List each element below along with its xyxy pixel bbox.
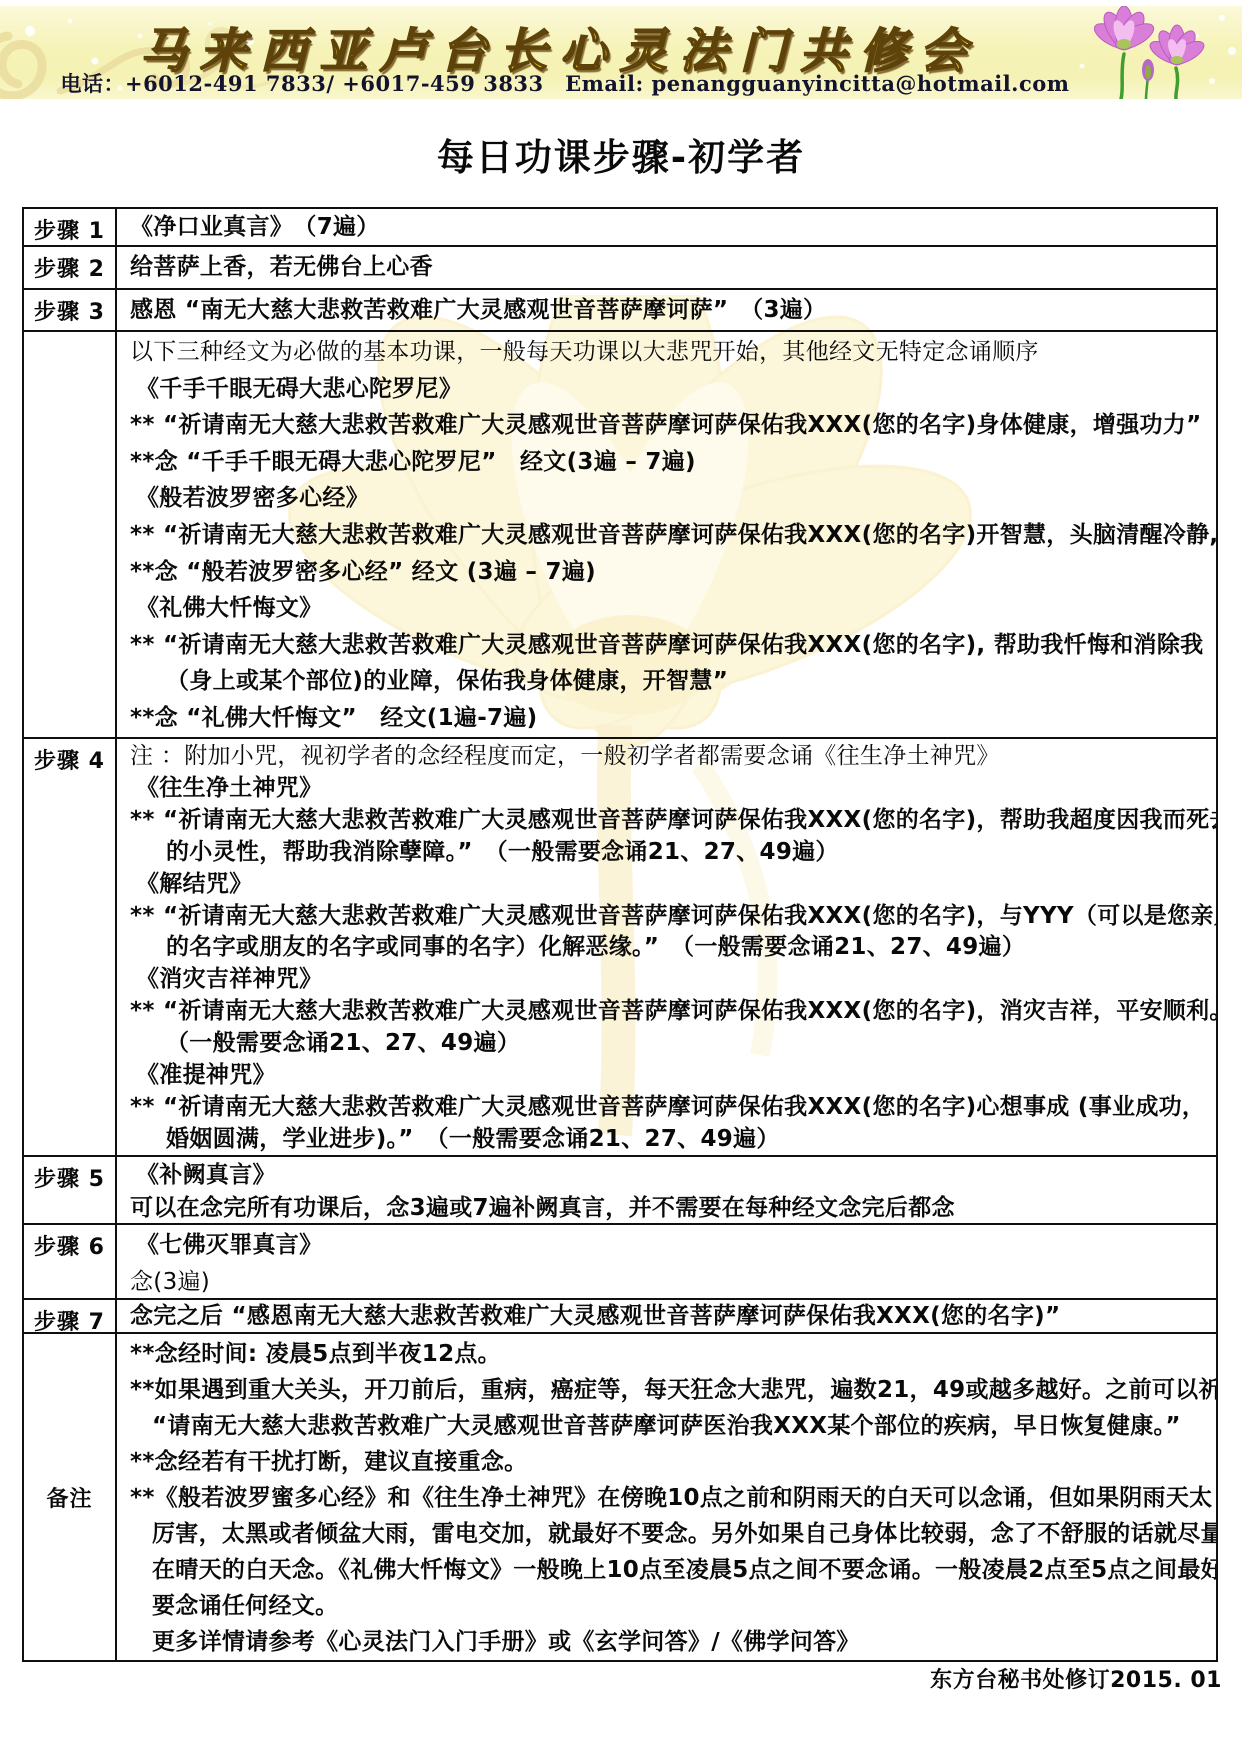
table-row-notes: 备注 **念经时间: 凌晨5点到半夜12点。 **如果遇到重大关头，开刀前后，重… xyxy=(24,1334,1216,1660)
table-row-basic-sutras: 以下三种经文为必做的基本功课，一般每天功课以大悲咒开始，其他经文无特定念诵顺序 … xyxy=(24,332,1216,739)
content-line: **念 “般若波罗密多心经” 经文 (3遍 – 7遍) xyxy=(130,554,1210,591)
content-line: ** “祈请南无大慈大悲救苦救难广大灵感观世音菩萨摩诃萨保佑我XXX(您的名字)… xyxy=(130,1092,1210,1124)
table-row-step1: 步骤 1 《净口业真言》 （7遍） xyxy=(24,209,1216,247)
content-line: 厉害，太黑或者倾盆大雨，雷电交加，就最好不要念。另外如果自己身体比较弱，念了不舒… xyxy=(130,1516,1210,1552)
content-line: 《净口业真言》 （7遍） xyxy=(130,210,380,244)
content-line: 在晴天的白天念。《礼佛大忏悔文》一般晚上10点至凌晨5点之间不要念诵。一般凌晨2… xyxy=(130,1552,1210,1588)
revision-note: 东方台秘书处修订2015. 01 xyxy=(930,1663,1222,1694)
step-label xyxy=(24,332,117,737)
content-line: 《解结咒》 xyxy=(130,869,1210,901)
content-line: （一般需要念诵21、27、49遍） xyxy=(130,1028,1210,1060)
content-line: 感恩 “南无大慈大悲救苦救难广大灵感观世音菩萨摩诃萨” （3遍） xyxy=(130,291,826,329)
content-line: 《般若波罗密多心经》 xyxy=(130,480,1210,517)
step-label: 步骤 7 xyxy=(24,1300,117,1332)
table-row-step7: 步骤 7 念完之后 “感恩南无大慈大悲救苦救难广大灵感观世音菩萨摩诃萨保佑我XX… xyxy=(24,1300,1216,1334)
row-content: 给菩萨上香，若无佛台上心香 xyxy=(117,247,1216,288)
row-content: 感恩 “南无大慈大悲救苦救难广大灵感观世音菩萨摩诃萨” （3遍） xyxy=(117,290,1216,330)
content-line: （身上或某个部位)的业障，保佑我身体健康，开智慧” xyxy=(130,663,1210,700)
course-table: 步骤 1 《净口业真言》 （7遍） 步骤 2 给菩萨上香，若无佛台上心香 步骤 … xyxy=(22,207,1218,1662)
content-line: 念完之后 “感恩南无大慈大悲救苦救难广大灵感观世音菩萨摩诃萨保佑我XXX(您的名… xyxy=(130,1302,1060,1330)
content-line: **念 “千手千眼无碍大悲心陀罗尼” 经文(3遍 – 7遍) xyxy=(130,444,1210,481)
step-label: 步骤 2 xyxy=(24,247,117,288)
header-banner: 马来西亚卢台长心灵法门共修会 电话：+6012-491 7833/ +6017-… xyxy=(0,6,1242,99)
step-label: 步骤 6 xyxy=(24,1225,117,1298)
content-line: **《般若波罗蜜多心经》和《往生净土神咒》在傍晚10点之前和阴雨天的白天可以念诵… xyxy=(130,1480,1210,1516)
row-content: **念经时间: 凌晨5点到半夜12点。 **如果遇到重大关头，开刀前后，重病，癌… xyxy=(117,1334,1216,1660)
content-line: 念(3遍) xyxy=(130,1264,1210,1298)
step-label: 步骤 5 xyxy=(24,1157,117,1223)
table-row-step4: 步骤 4 注 ：附加小咒，视初学者的念经程度而定，一般初学者都需要念诵《往生净土… xyxy=(24,739,1216,1157)
content-line: **念 “礼佛大忏悔文” 经文(1遍-7遍) xyxy=(130,700,1210,737)
content-line: 《七佛灭罪真言》 xyxy=(130,1227,1210,1264)
page-title: 每日功课步骤-初学者 xyxy=(0,127,1242,181)
step-label: 步骤 1 xyxy=(24,209,117,245)
content-line: 《补阙真言》 xyxy=(130,1159,1210,1192)
table-row-step2: 步骤 2 给菩萨上香，若无佛台上心香 xyxy=(24,247,1216,290)
table-row-step5: 步骤 5 《补阙真言》 可以在念完所有功课后，念3遍或7遍补阙真言，并不需要在每… xyxy=(24,1157,1216,1225)
row-content: 念完之后 “感恩南无大慈大悲救苦救难广大灵感观世音菩萨摩诃萨保佑我XXX(您的名… xyxy=(117,1300,1216,1332)
content-line: 可以在念完所有功课后，念3遍或7遍补阙真言，并不需要在每种经文念完后都念 xyxy=(130,1192,1210,1223)
content-line: ** “祈请南无大慈大悲救苦救难广大灵感观世音菩萨摩诃萨保佑我XXX(您的名字)… xyxy=(130,805,1210,837)
content-line: ** “祈请南无大慈大悲救苦救难广大灵感观世音菩萨摩诃萨保佑我XXX(您的名字)… xyxy=(130,996,1210,1028)
content-line: **念经若有干扰打断，建议直接重念。 xyxy=(130,1444,1210,1480)
content-line: 注 ：附加小咒，视初学者的念经程度而定，一般初学者都需要念诵《往生净土神咒》 xyxy=(130,741,1210,773)
content-line: ** “祈请南无大慈大悲救苦救难广大灵感观世音菩萨摩诃萨保佑我XXX(您的名字)… xyxy=(130,517,1210,554)
content-line: 《消灾吉祥神咒》 xyxy=(130,964,1210,996)
content-line: 《礼佛大忏悔文》 xyxy=(130,590,1210,627)
row-content: 《补阙真言》 可以在念完所有功课后，念3遍或7遍补阙真言，并不需要在每种经文念完… xyxy=(117,1157,1216,1223)
content-line: 要念诵任何经文。 xyxy=(130,1588,1210,1624)
step-label: 步骤 3 xyxy=(24,290,117,330)
content-line: 的名字或朋友的名字或同事的名字）化解恶缘。” （一般需要念诵21、27、49遍） xyxy=(130,932,1210,964)
content-line: ** “祈请南无大慈大悲救苦救难广大灵感观世音菩萨摩诃萨保佑我XXX(您的名字)… xyxy=(130,407,1210,444)
row-content: 《净口业真言》 （7遍） xyxy=(117,209,1216,245)
content-line: **如果遇到重大关头，开刀前后，重病，癌症等，每天狂念大悲咒，遍数21，49或越… xyxy=(130,1372,1210,1408)
content-line: 给菩萨上香，若无佛台上心香 xyxy=(130,248,433,287)
step-label: 步骤 4 xyxy=(24,739,117,1155)
row-content: 以下三种经文为必做的基本功课，一般每天功课以大悲咒开始，其他经文无特定念诵顺序 … xyxy=(117,332,1216,737)
content-line: 以下三种经文为必做的基本功课，一般每天功课以大悲咒开始，其他经文无特定念诵顺序 xyxy=(130,334,1210,371)
table-row-step3: 步骤 3 感恩 “南无大慈大悲救苦救难广大灵感观世音菩萨摩诃萨” （3遍） xyxy=(24,290,1216,332)
content-line: 的小灵性，帮助我消除孽障。” （一般需要念诵21、27、49遍） xyxy=(130,837,1210,869)
content-line: ** “祈请南无大慈大悲救苦救难广大灵感观世音菩萨摩诃萨保佑我XXX(您的名字)… xyxy=(130,901,1210,933)
content-line: 《往生净土神咒》 xyxy=(130,773,1210,805)
content-line: **念经时间: 凌晨5点到半夜12点。 xyxy=(130,1336,1210,1372)
content-line: 《准提神咒》 xyxy=(130,1060,1210,1092)
content-line: 《千手千眼无碍大悲心陀罗尼》 xyxy=(130,371,1210,408)
content-line: 更多详情请参考《心灵法门入门手册》或《玄学问答》/《佛学问答》 xyxy=(130,1624,1210,1660)
row-content: 注 ：附加小咒，视初学者的念经程度而定，一般初学者都需要念诵《往生净土神咒》 《… xyxy=(117,739,1216,1155)
row-content: 《七佛灭罪真言》 念(3遍) xyxy=(117,1225,1216,1298)
notes-label: 备注 xyxy=(24,1334,117,1660)
content-line: ** “祈请南无大慈大悲救苦救难广大灵感观世音菩萨摩诃萨保佑我XXX(您的名字)… xyxy=(130,627,1210,664)
content-line: 婚姻圆满，学业进步)。” （一般需要念诵21、27、49遍） xyxy=(130,1124,1210,1155)
content-line: “请南无大慈大悲救苦救难广大灵感观世音菩萨摩诃萨医治我XXX某个部位的疾病，早日… xyxy=(130,1408,1210,1444)
table-row-step6: 步骤 6 《七佛灭罪真言》 念(3遍) xyxy=(24,1225,1216,1300)
contact-line: 电话：+6012-491 7833/ +6017-459 3833 Email:… xyxy=(0,68,1130,98)
